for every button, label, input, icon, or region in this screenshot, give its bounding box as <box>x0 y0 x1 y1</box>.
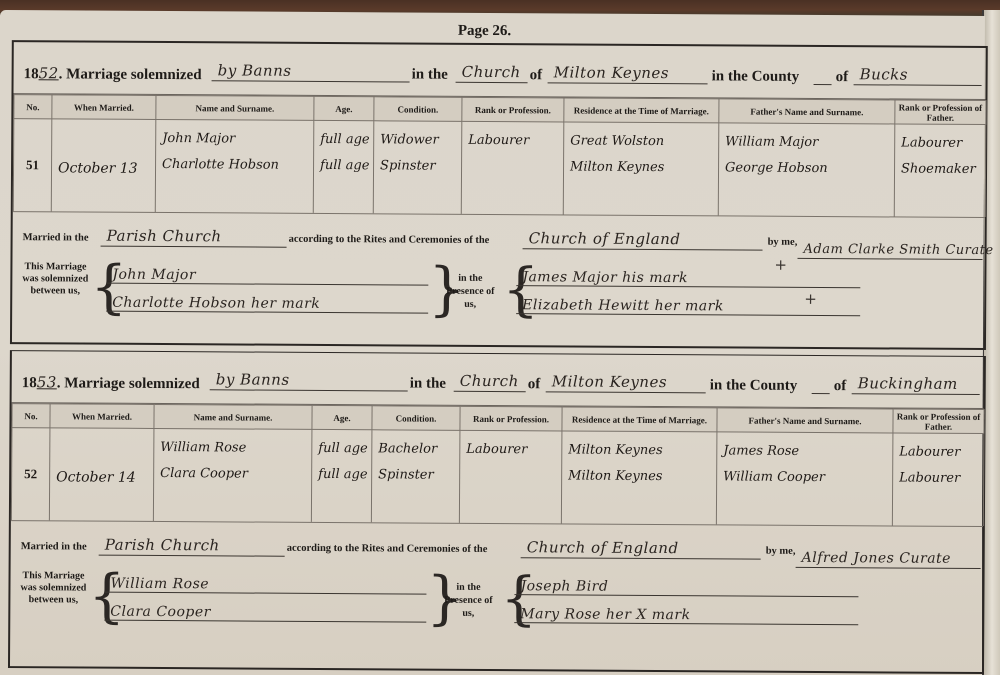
conditions: WidowerSpinster <box>373 121 462 214</box>
entry-table: No. When Married. Name and Surname. Age.… <box>13 94 987 216</box>
col-no: No. <box>12 404 50 428</box>
witness-mark: + <box>774 255 787 273</box>
table-row: 52 October 14 William RoseClara Cooper f… <box>11 428 984 526</box>
place-type-field: Church <box>454 372 526 392</box>
parish-field: Milton Keynes <box>546 372 706 393</box>
entry-number: 52 <box>11 428 50 520</box>
by-me-label: by me, <box>768 236 798 247</box>
of-label: of <box>528 376 541 393</box>
in-the-label: in the <box>412 67 448 84</box>
register-page: Page 26. 1852. Marriage solemnized by Ba… <box>0 10 985 675</box>
signature-block: This Marriage was solemnized between us,… <box>10 564 982 650</box>
col-father-rank: Rank or Profession of Father. <box>893 409 984 434</box>
when-married: October 13 <box>51 119 156 212</box>
signature-line: John Major <box>106 261 428 285</box>
col-age: Age. <box>312 405 372 429</box>
entry-heading: 1853. Marriage solemnized by Banns in th… <box>12 351 984 409</box>
col-rank: Rank or Profession. <box>460 406 562 431</box>
col-no: No. <box>14 95 52 119</box>
father-names: James RoseWilliam Cooper <box>716 432 893 525</box>
rites-field: Church of England <box>521 538 761 559</box>
conditions: BachelorSpinster <box>371 430 460 523</box>
ranks: Labourer <box>461 121 564 214</box>
marriage-entry: 1853. Marriage solemnized by Banns in th… <box>8 350 986 674</box>
county-underline <box>812 374 830 394</box>
signature-line: Charlotte Hobson her mark <box>106 289 428 313</box>
residences: Milton KeynesMilton Keynes <box>561 431 717 524</box>
married-in-label: Married in the <box>21 541 87 552</box>
col-rank: Rank or Profession. <box>462 97 564 122</box>
place-type-field: Church <box>456 63 528 83</box>
rites-label: according to the Rites and Ceremonies of… <box>289 233 490 245</box>
officiant-field: Alfred Jones Curate <box>796 547 981 568</box>
county-of-label: of <box>836 69 849 86</box>
parish-field: Milton Keynes <box>548 63 708 84</box>
father-ranks: LabourerLabourer <box>892 433 984 526</box>
col-father-rank: Rank or Profession of Father. <box>895 100 986 125</box>
this-marriage-label: This Marriage was solemnized between us, <box>20 261 90 297</box>
signature-block: This Marriage was solemnized between us,… <box>12 255 984 341</box>
this-marriage-label: This Marriage was solemnized between us, <box>18 570 88 606</box>
father-ranks: LabourerShoemaker <box>894 124 986 217</box>
married-in-row: Married in the Parish Church according t… <box>13 211 985 261</box>
county-field: Bucks <box>854 65 982 86</box>
presence-label: in the Presence of us, <box>440 271 500 310</box>
presence-label: in the Presence of us, <box>438 580 498 619</box>
officiant-field: Adam Clarke Smith Curate <box>797 238 982 259</box>
married-in-field: Parish Church <box>101 226 287 247</box>
col-condition: Condition. <box>372 406 460 431</box>
residences: Great WolstonMilton Keynes <box>563 122 719 215</box>
married-in-label: Married in the <box>23 232 89 243</box>
col-name: Name and Surname. <box>154 404 312 429</box>
signature-line: Clara Cooper <box>104 598 426 622</box>
page-number: Page 26. <box>458 23 511 40</box>
entry-table: No. When Married. Name and Surname. Age.… <box>11 403 985 525</box>
col-when-married: When Married. <box>50 404 154 429</box>
by-me-label: by me, <box>766 545 796 556</box>
rites-label: according to the Rites and Ceremonies of… <box>287 542 488 554</box>
col-father-name: Father's Name and Surname. <box>717 408 893 433</box>
witness-mark: + <box>804 289 817 307</box>
names: John MajorCharlotte Hobson <box>155 119 314 212</box>
names: William RoseClara Cooper <box>153 428 312 521</box>
entry-year: 1853. Marriage solemnized <box>22 373 200 393</box>
entry-year: 1852. Marriage solemnized <box>24 64 202 84</box>
ranks: Labourer <box>459 430 562 523</box>
when-married: October 14 <box>49 428 154 521</box>
county-field: Buckingham <box>852 374 980 395</box>
ages: full agefull age <box>311 429 372 521</box>
married-in-field: Parish Church <box>99 535 285 556</box>
witness-line: James Major his mark <box>516 264 860 288</box>
solemnized-by-field: by Banns <box>212 61 410 82</box>
col-age: Age. <box>314 96 374 120</box>
signature-line: William Rose <box>104 570 426 594</box>
county-of-label: of <box>834 378 847 395</box>
county-underline <box>814 65 832 85</box>
col-father-name: Father's Name and Surname. <box>719 99 895 124</box>
table-row: 51 October 13 John MajorCharlotte Hobson… <box>13 119 986 217</box>
married-in-row: Married in the Parish Church according t… <box>11 520 983 570</box>
col-name: Name and Surname. <box>156 95 314 120</box>
solemnized-by-field: by Banns <box>210 370 408 391</box>
of-label: of <box>530 67 543 84</box>
county-label: in the County <box>710 377 798 395</box>
ages: full agefull age <box>313 120 374 212</box>
col-when-married: When Married. <box>52 95 156 120</box>
entry-heading: 1852. Marriage solemnized by Banns in th… <box>13 42 985 100</box>
col-residence: Residence at the Time of Marriage. <box>564 98 719 123</box>
witness-line: Mary Rose her X mark <box>514 601 858 625</box>
in-the-label: in the <box>410 376 446 393</box>
rites-field: Church of England <box>523 229 763 250</box>
marriage-entry: 1852. Marriage solemnized by Banns in th… <box>10 40 988 350</box>
county-label: in the County <box>712 68 800 86</box>
col-condition: Condition. <box>374 97 462 122</box>
entry-number: 51 <box>13 119 52 211</box>
father-names: William MajorGeorge Hobson <box>718 123 895 216</box>
col-residence: Residence at the Time of Marriage. <box>562 407 717 432</box>
witness-line: Joseph Bird <box>514 573 858 597</box>
